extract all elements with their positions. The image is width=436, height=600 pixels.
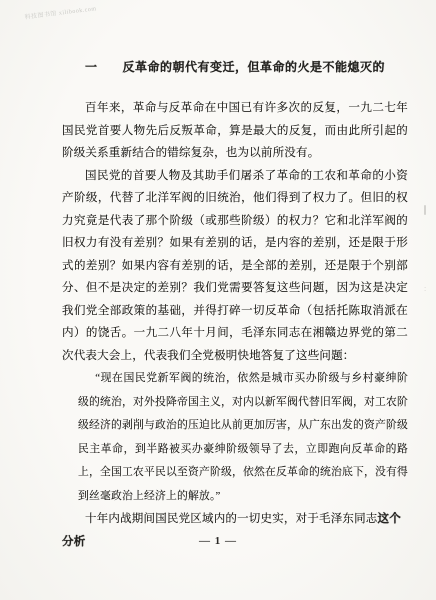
watermark: 科技图书馆 xilibook.com [24, 3, 97, 21]
block-quote: “现在国民党新军阀的统治，依然是城市买办阶级与乡村豪绅阶级的统治，对外投降帝国主… [78, 367, 408, 508]
scan-artifact [424, 205, 426, 215]
paragraph: 国民党的首要人物及其助手们屠杀了革命的工农和革命的小资产阶级，代替了北洋军阀的旧… [62, 165, 408, 368]
page-number: — 1 — [0, 535, 436, 547]
scanned-page: 科技图书馆 xilibook.com 一 反革命的朝代有变迁，但革命的火是不能熄… [0, 0, 436, 600]
scan-artifact: : [424, 284, 426, 293]
closing-text: 十年内战期间国民党区域内的一切史实，对于毛泽东同志 [85, 513, 378, 525]
paragraph: 百年来，革命与反革命在中国已有许多次的反复，一九二七年国民党首要人物先后反叛革命… [62, 97, 408, 165]
text-block: 一 反革命的朝代有变迁，但革命的火是不能熄灭的 百年来，革命与反革命在中国已有许… [62, 58, 408, 554]
section-title: 一 反革命的朝代有变迁，但革命的火是不能熄灭的 [62, 58, 408, 75]
closing-paragraph: 十年内战期间国民党区域内的一切史实，对于毛泽东同志这个分析 [62, 508, 408, 554]
